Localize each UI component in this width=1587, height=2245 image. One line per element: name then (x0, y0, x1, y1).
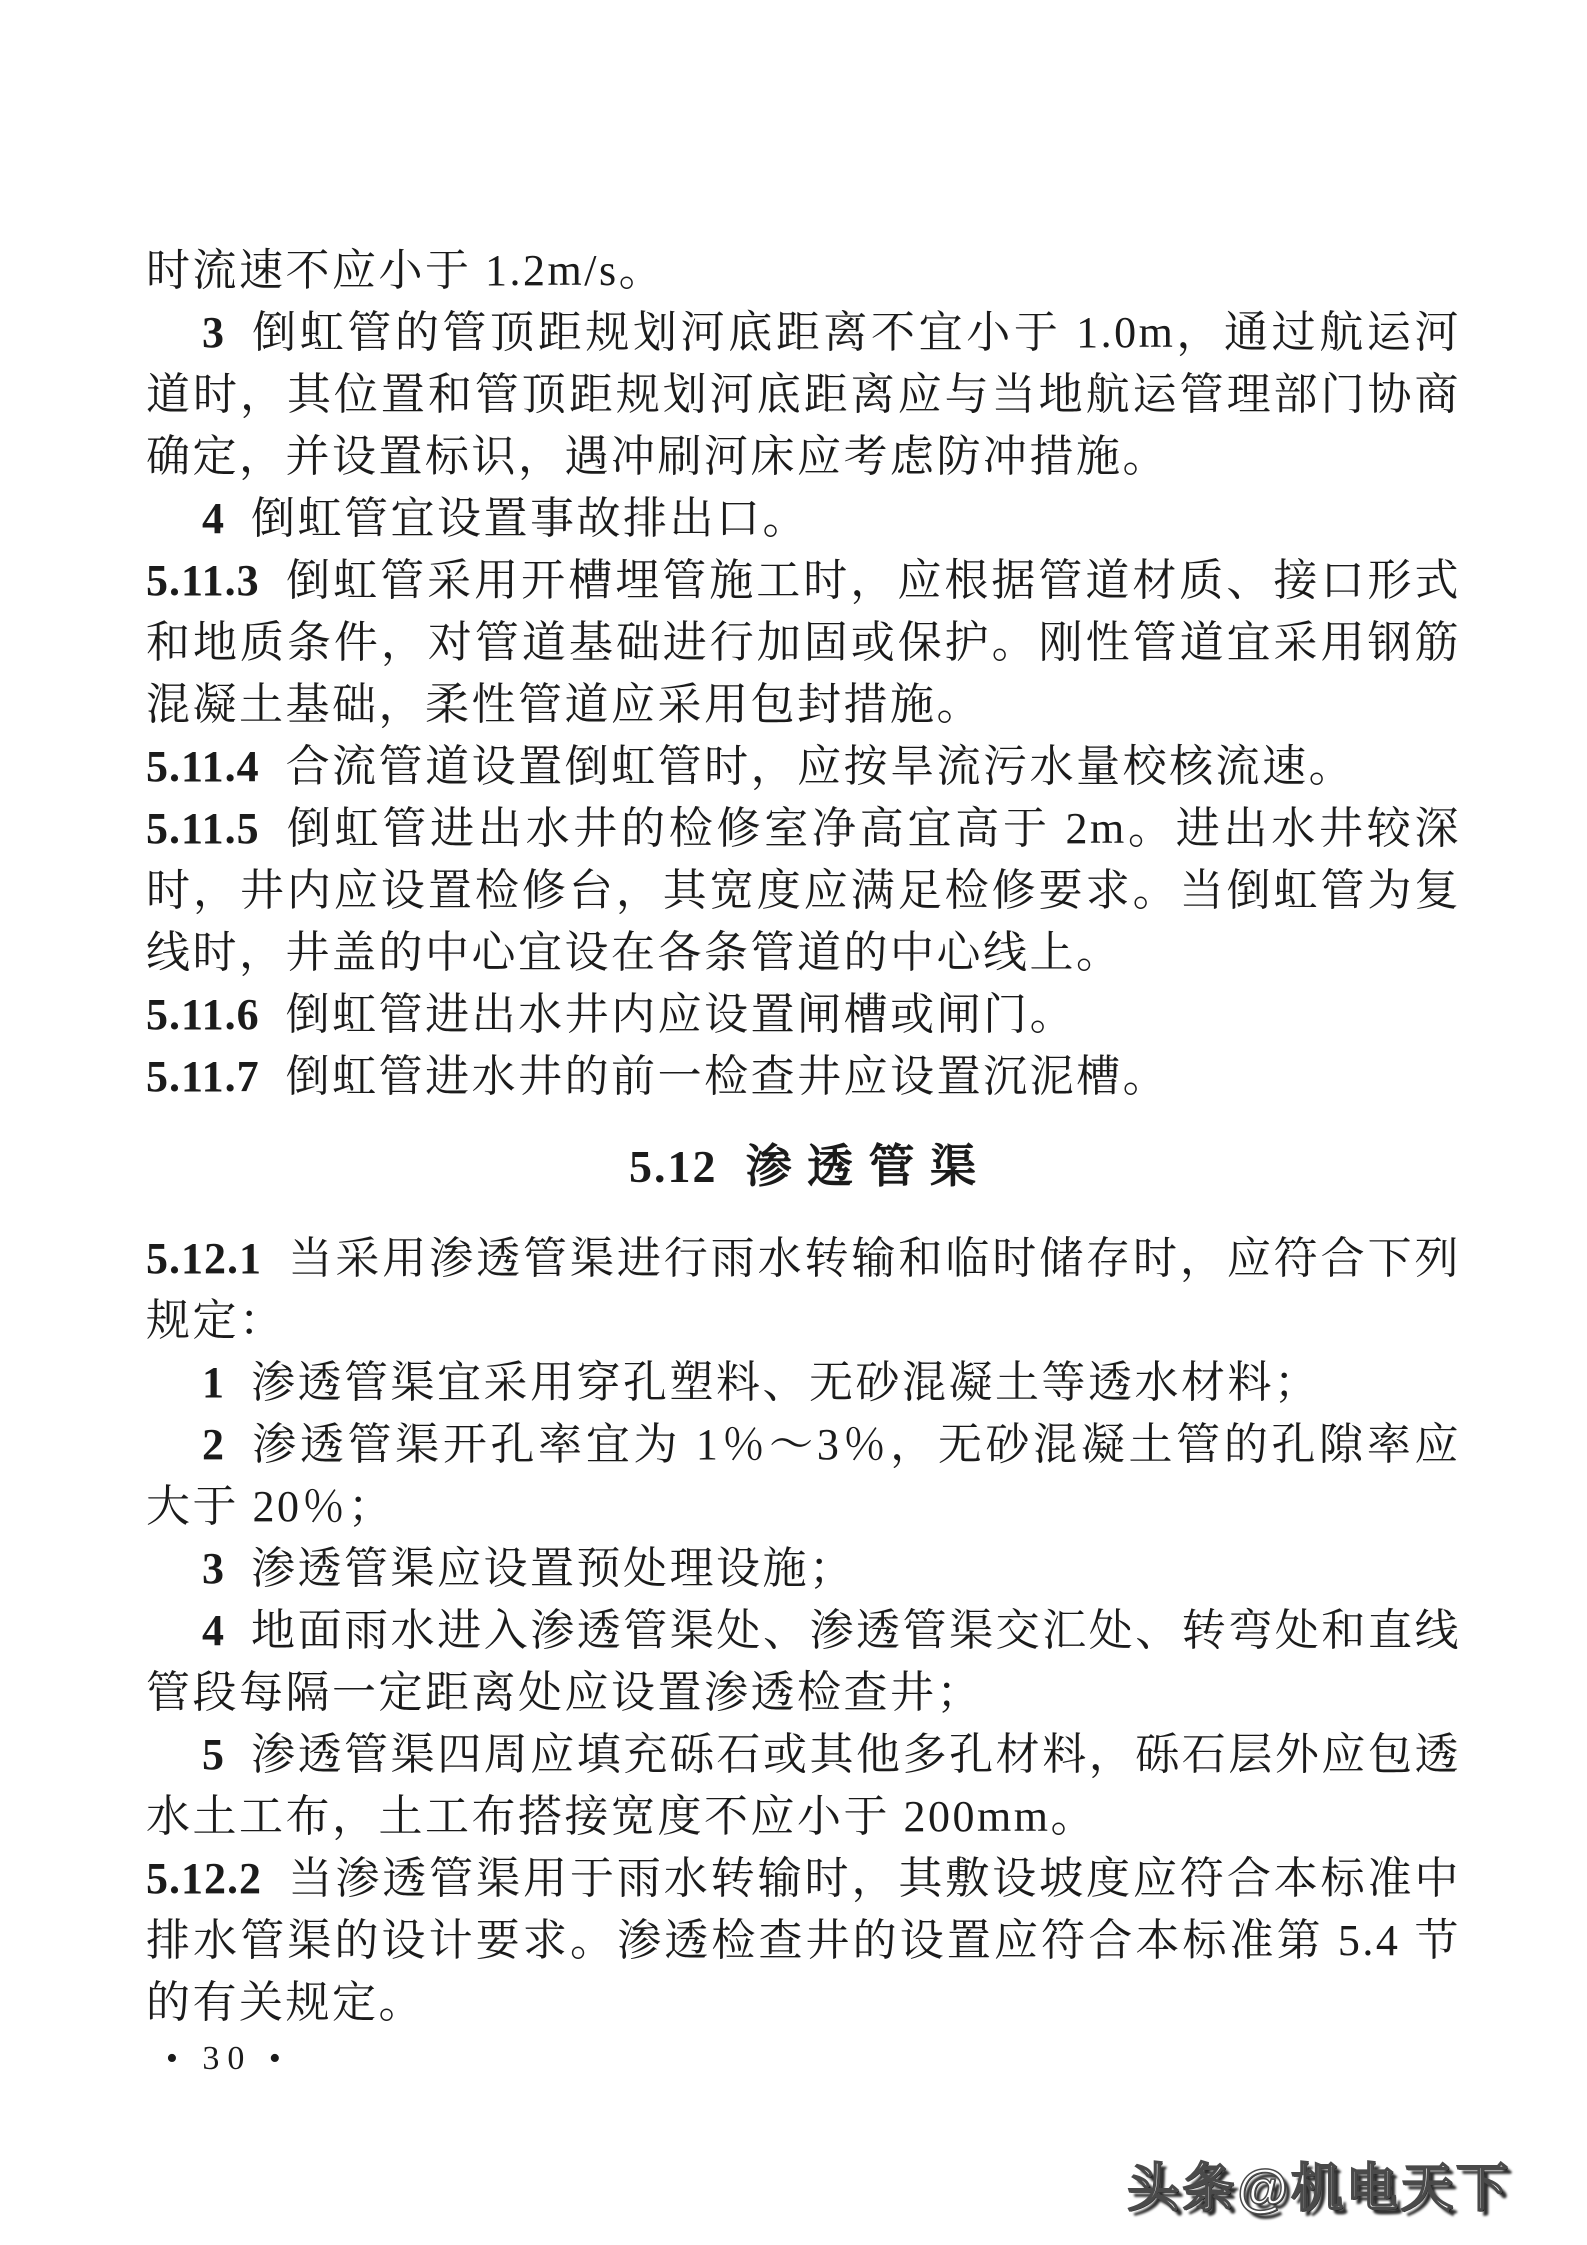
paragraph-text: 倒虹管进水井的前一检查井应设置沉泥槽。 (286, 1052, 1170, 1101)
document-page-body: 时流速不应小于 1.2m/s。 3倒虹管的管顶距规划河底距离不宜小于 1.0m，… (146, 240, 1461, 2034)
clause-number: 5.12.2 (146, 1854, 262, 1903)
paragraph-text: 倒虹管进出水井的检修室净高宜高于 2m。进出水井较深时，井内应设置检修台，其宽度… (146, 804, 1461, 977)
paragraph-text: 倒虹管进出水井内应设置闸槽或闸门。 (286, 990, 1077, 1039)
clause-number: 5.11.3 (146, 556, 260, 605)
watermark: 头条@机电天下 (1127, 2146, 1511, 2221)
item-number: 3 (202, 308, 225, 357)
clause-number: 5.11.4 (146, 742, 260, 791)
paragraph-text: 倒虹管宜设置事故排出口。 (251, 494, 809, 543)
list-item-4b: 4地面雨水进入渗透管渠处、渗透管渠交汇处、转弯处和直线管段每隔一定距离处应设置渗… (146, 1600, 1461, 1724)
clause-number: 5.11.7 (146, 1052, 260, 1101)
clause-5-11-7: 5.11.7倒虹管进水井的前一检查井应设置沉泥槽。 (146, 1046, 1461, 1108)
clause-5-12-1: 5.12.1当采用渗透管渠进行雨水转输和临时储存时，应符合下列规定： (146, 1228, 1461, 1352)
paragraph-text: 倒虹管采用开槽埋管施工时，应根据管道材质、接口形式和地质条件，对管道基础进行加固… (146, 556, 1461, 729)
item-number: 1 (202, 1358, 225, 1407)
list-item-5: 5渗透管渠四周应填充砾石或其他多孔材料，砾石层外应包透水土工布，土工布搭接宽度不… (146, 1724, 1461, 1848)
paragraph-text: 地面雨水进入渗透管渠处、渗透管渠交汇处、转弯处和直线管段每隔一定距离处应设置渗透… (146, 1606, 1461, 1717)
list-item-3: 3倒虹管的管顶距规划河底距离不宜小于 1.0m，通过航运河道时，其位置和管顶距规… (146, 302, 1461, 488)
clause-5-11-3: 5.11.3倒虹管采用开槽埋管施工时，应根据管道材质、接口形式和地质条件，对管道… (146, 550, 1461, 736)
item-number: 2 (202, 1420, 225, 1469)
section-title: 渗 透 管 渠 (746, 1141, 979, 1192)
item-number: 4 (202, 494, 225, 543)
item-number: 3 (202, 1544, 225, 1593)
paragraph-text: 渗透管渠开孔率宜为 1％～3％，无砂混凝土管的孔隙率应大于 20％； (146, 1420, 1461, 1531)
list-item-4: 4倒虹管宜设置事故排出口。 (146, 488, 1461, 550)
page-number: • 30 • (166, 2040, 289, 2078)
clause-5-11-6: 5.11.6倒虹管进出水井内应设置闸槽或闸门。 (146, 984, 1461, 1046)
section-number: 5.12 (629, 1141, 718, 1192)
paragraph-text: 渗透管渠应设置预处理设施； (251, 1544, 856, 1593)
paragraph-text: 渗透管渠四周应填充砾石或其他多孔材料，砾石层外应包透水土工布，土工布搭接宽度不应… (146, 1730, 1461, 1841)
list-item-2: 2渗透管渠开孔率宜为 1％～3％，无砂混凝土管的孔隙率应大于 20％； (146, 1414, 1461, 1538)
paragraph-text: 渗透管渠宜采用穿孔塑料、无砂混凝土等透水材料； (251, 1358, 1321, 1407)
paragraph-text: 时流速不应小于 1.2m/s。 (146, 246, 665, 295)
clause-number: 5.11.6 (146, 990, 260, 1039)
paragraph-text: 合流管道设置倒虹管时，应按旱流污水量校核流速。 (286, 742, 1356, 791)
section-heading: 5.12渗 透 管 渠 (146, 1136, 1461, 1198)
clause-number: 5.11.5 (146, 804, 260, 853)
clause-5-11-4: 5.11.4合流管道设置倒虹管时，应按旱流污水量校核流速。 (146, 736, 1461, 798)
clause-number: 5.12.1 (146, 1234, 262, 1283)
clause-5-11-5: 5.11.5倒虹管进出水井的检修室净高宜高于 2m。进出水井较深时，井内应设置检… (146, 798, 1461, 984)
paragraph-text: 当采用渗透管渠进行雨水转输和临时储存时，应符合下列规定： (146, 1234, 1461, 1345)
clause-5-12-2: 5.12.2当渗透管渠用于雨水转输时，其敷设坡度应符合本标准中排水管渠的设计要求… (146, 1848, 1461, 2034)
paragraph-text: 倒虹管的管顶距规划河底距离不宜小于 1.0m，通过航运河道时，其位置和管顶距规划… (146, 308, 1461, 481)
item-number: 5 (202, 1730, 225, 1779)
paragraph-text: 当渗透管渠用于雨水转输时，其敷设坡度应符合本标准中排水管渠的设计要求。渗透检查井… (146, 1854, 1461, 2027)
list-item-1: 1渗透管渠宜采用穿孔塑料、无砂混凝土等透水材料； (146, 1352, 1461, 1414)
list-item-3b: 3渗透管渠应设置预处理设施； (146, 1538, 1461, 1600)
item-number: 4 (202, 1606, 225, 1655)
paragraph-continuation: 时流速不应小于 1.2m/s。 (146, 240, 1461, 302)
